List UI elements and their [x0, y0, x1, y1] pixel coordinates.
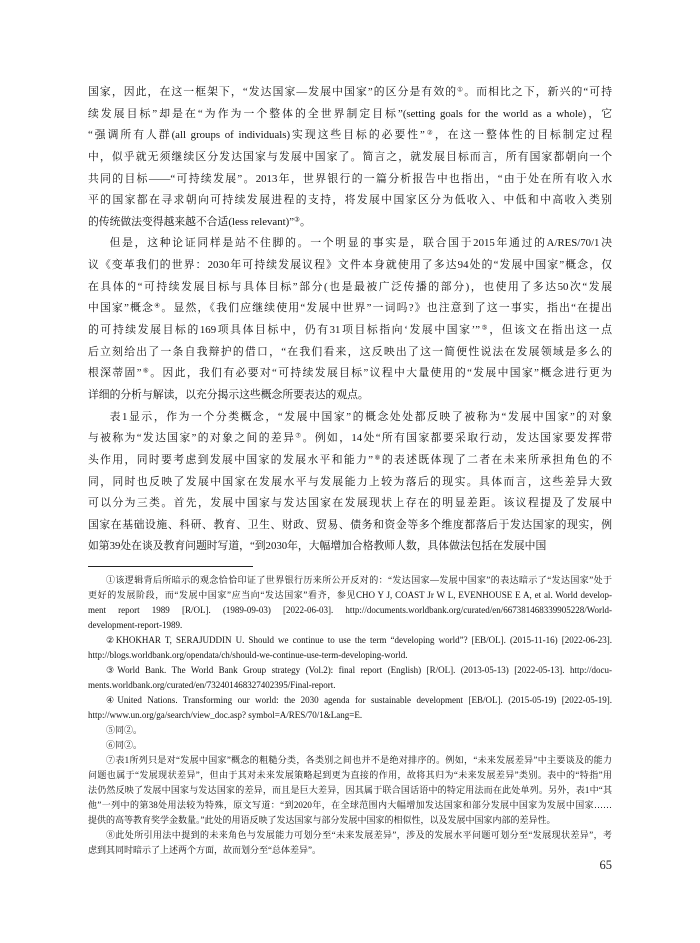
footnote-line: 虑到其同时暗示了上述两个方面，故而划分至“总体差异”。: [88, 843, 612, 858]
footnote-line: ④United Nations. Transforming our world:…: [88, 693, 612, 708]
footnotes: ①该逻辑背后所暗示的观念恰恰印证了世界银行历来所公开反对的：“发达国家—发展中国…: [88, 573, 612, 858]
body-text-line: 与被称为“发达国家”的对象之间的差异⑦。例如，14处“所有国家都要采取行动，发达…: [88, 428, 612, 450]
footnote-line: 问题也属于“发展现状差异”，但由于其对未来发展策略起到更为直接的作用，故将其归为…: [88, 768, 612, 783]
body-text-line: 平的国家都在寻求朝向可持续发展进程的支持，将发展中国家区分为低收入、中低和中高收…: [88, 190, 612, 212]
body-text-line: 议《变革我们的世界：2030年可持续发展议程》文件本身就使用了多达94处的“发展…: [88, 255, 612, 277]
body-text-line: “强调所有人群(all groups of individuals)实现这些目标…: [88, 125, 612, 147]
footnote-line: ⑦表1所列只是对“发展中国家”概念的粗糙分类，各类别之间也并不是绝对排序的。例如…: [88, 753, 612, 768]
footnote-line: development-report-1989.: [88, 618, 612, 633]
body-text-line: 表1显示，作为一个分类概念，“发展中国家”的概念处处都反映了被称为“发展中国家”…: [88, 407, 612, 429]
footnote-line: ment report 1989 [R/OL]. (1989-09-03) [2…: [88, 603, 612, 618]
body-text-line: 中，似乎就无须继续区分发达国家与发展中国家了。简言之，就发展目标而言，所有国家都…: [88, 147, 612, 169]
body-text-line: 续发展目标”却是在“为作为一个整体的全世界制定目标”(setting goals…: [88, 104, 612, 126]
footnote-line: ⑥同②。: [88, 738, 612, 753]
footnote-line: 更好的发展阶段，而“发展中国家”应当向“发达国家”看齐，参见CHO Y J, C…: [88, 588, 612, 603]
body-text-line: 头作用，同时要考虑到发展中国家的发展水平和能力”⑧的表述既体现了二者在未来所承担…: [88, 450, 612, 472]
footnote-line: ments.worldbank.org/curated/en/732401468…: [88, 678, 612, 693]
body-text-line: 如第39处在谈及教育问题时写道，“到2030年，大幅增加合格教师人数，具体做法包…: [88, 536, 612, 558]
footnote-line: ⑤同②。: [88, 723, 612, 738]
body-paragraphs: 国家，因此，在这一框架下，“发达国家—发展中国家”的区分是有效的①。而相比之下，…: [88, 82, 612, 558]
body-text-line: 共同的目标——“可持续发展”。2013年，世界银行的一篇分析报告中也指出，“由于…: [88, 169, 612, 191]
footnote-separator: [88, 566, 253, 567]
body-text-line: 但是，这种论证同样是站不住脚的。一个明显的事实是，联合国于2015年通过的A/R…: [88, 233, 612, 255]
body-text-line: 详细的分析与解读，以充分揭示这些概念所要表达的观点。: [88, 385, 612, 407]
footnote-line: http://www.un.org/ga/search/view_doc.asp…: [88, 708, 612, 723]
footnote-line: ②KHOKHAR T, SERAJUDDIN U. Should we cont…: [88, 633, 612, 648]
footnote-line: 提供的高等教育奖学金数量。”此处的用语反映了发达国家与部分发展中国家的相似性，以…: [88, 813, 612, 828]
body-text-line: 国家在基础设施、科研、教育、卫生、财政、贸易、债务和资金等多个维度都落后于发达国…: [88, 515, 612, 537]
body-text-line: 根深蒂固”⑥。因此，我们有必要对“可持续发展目标”议程中大量使用的“发展中国家”…: [88, 363, 612, 385]
body-text-line: 可以分为三类。首先，发展中国家与发达国家在发展现状上存在的明显差距。该议程提及了…: [88, 493, 612, 515]
footnote-line: 他”一列中的第38处用法较为特殊，原文写道：“到2020年，在全球范围内大幅增加…: [88, 798, 612, 813]
body-text-line: 在具体的“可持续发展目标与具体目标”部分(也是最被广泛传播的部分)，也使用了多达…: [88, 277, 612, 299]
footnote-line: 法仍然反映了发展中国家与发达国家的差异，而且是巨大差异，因其属于联合国话语中的特…: [88, 783, 612, 798]
footnote-line: ①该逻辑背后所暗示的观念恰恰印证了世界银行历来所公开反对的：“发达国家—发展中国…: [88, 573, 612, 588]
body-text-line: 的传统做法变得越来越不合适(less relevant)”③。: [88, 212, 612, 234]
body-text-line: 的可持续发展目标的169项具体目标中，仍有31项目标指向‘发展中国家’”⑤，但该…: [88, 320, 612, 342]
footnote-line: http://blogs.worldbank.org/opendata/ch/s…: [88, 648, 612, 663]
body-text-line: 中国家”概念④。显然，《我们应继续使用“发展中世界”一词吗?》也注意到了这一事实…: [88, 298, 612, 320]
footnote-line: ③World Bank. The World Bank Group strate…: [88, 663, 612, 678]
body-text-line: 国家，因此，在这一框架下，“发达国家—发展中国家”的区分是有效的①。而相比之下，…: [88, 82, 612, 104]
body-text-line: 后立刻给出了一条自我辩护的借口，“在我们看来，这反映出了这一简便性说法在发展领域…: [88, 342, 612, 364]
page-number: 65: [88, 858, 612, 873]
body-text-line: 同，同时也反映了发展中国家在发展水平与发展能力上较为落后的现实。具体而言，这些差…: [88, 472, 612, 494]
article-body: 国家，因此，在这一框架下，“发达国家—发展中国家”的区分是有效的①。而相比之下，…: [88, 82, 612, 858]
journal-page: 国家，因此，在这一框架下，“发达国家—发展中国家”的区分是有效的①。而相比之下，…: [0, 0, 700, 943]
footnote-line: ⑧此处所引用法中提到的未来角色与发展能力可划分至“未来发展差异”，涉及的发展水平…: [88, 828, 612, 843]
